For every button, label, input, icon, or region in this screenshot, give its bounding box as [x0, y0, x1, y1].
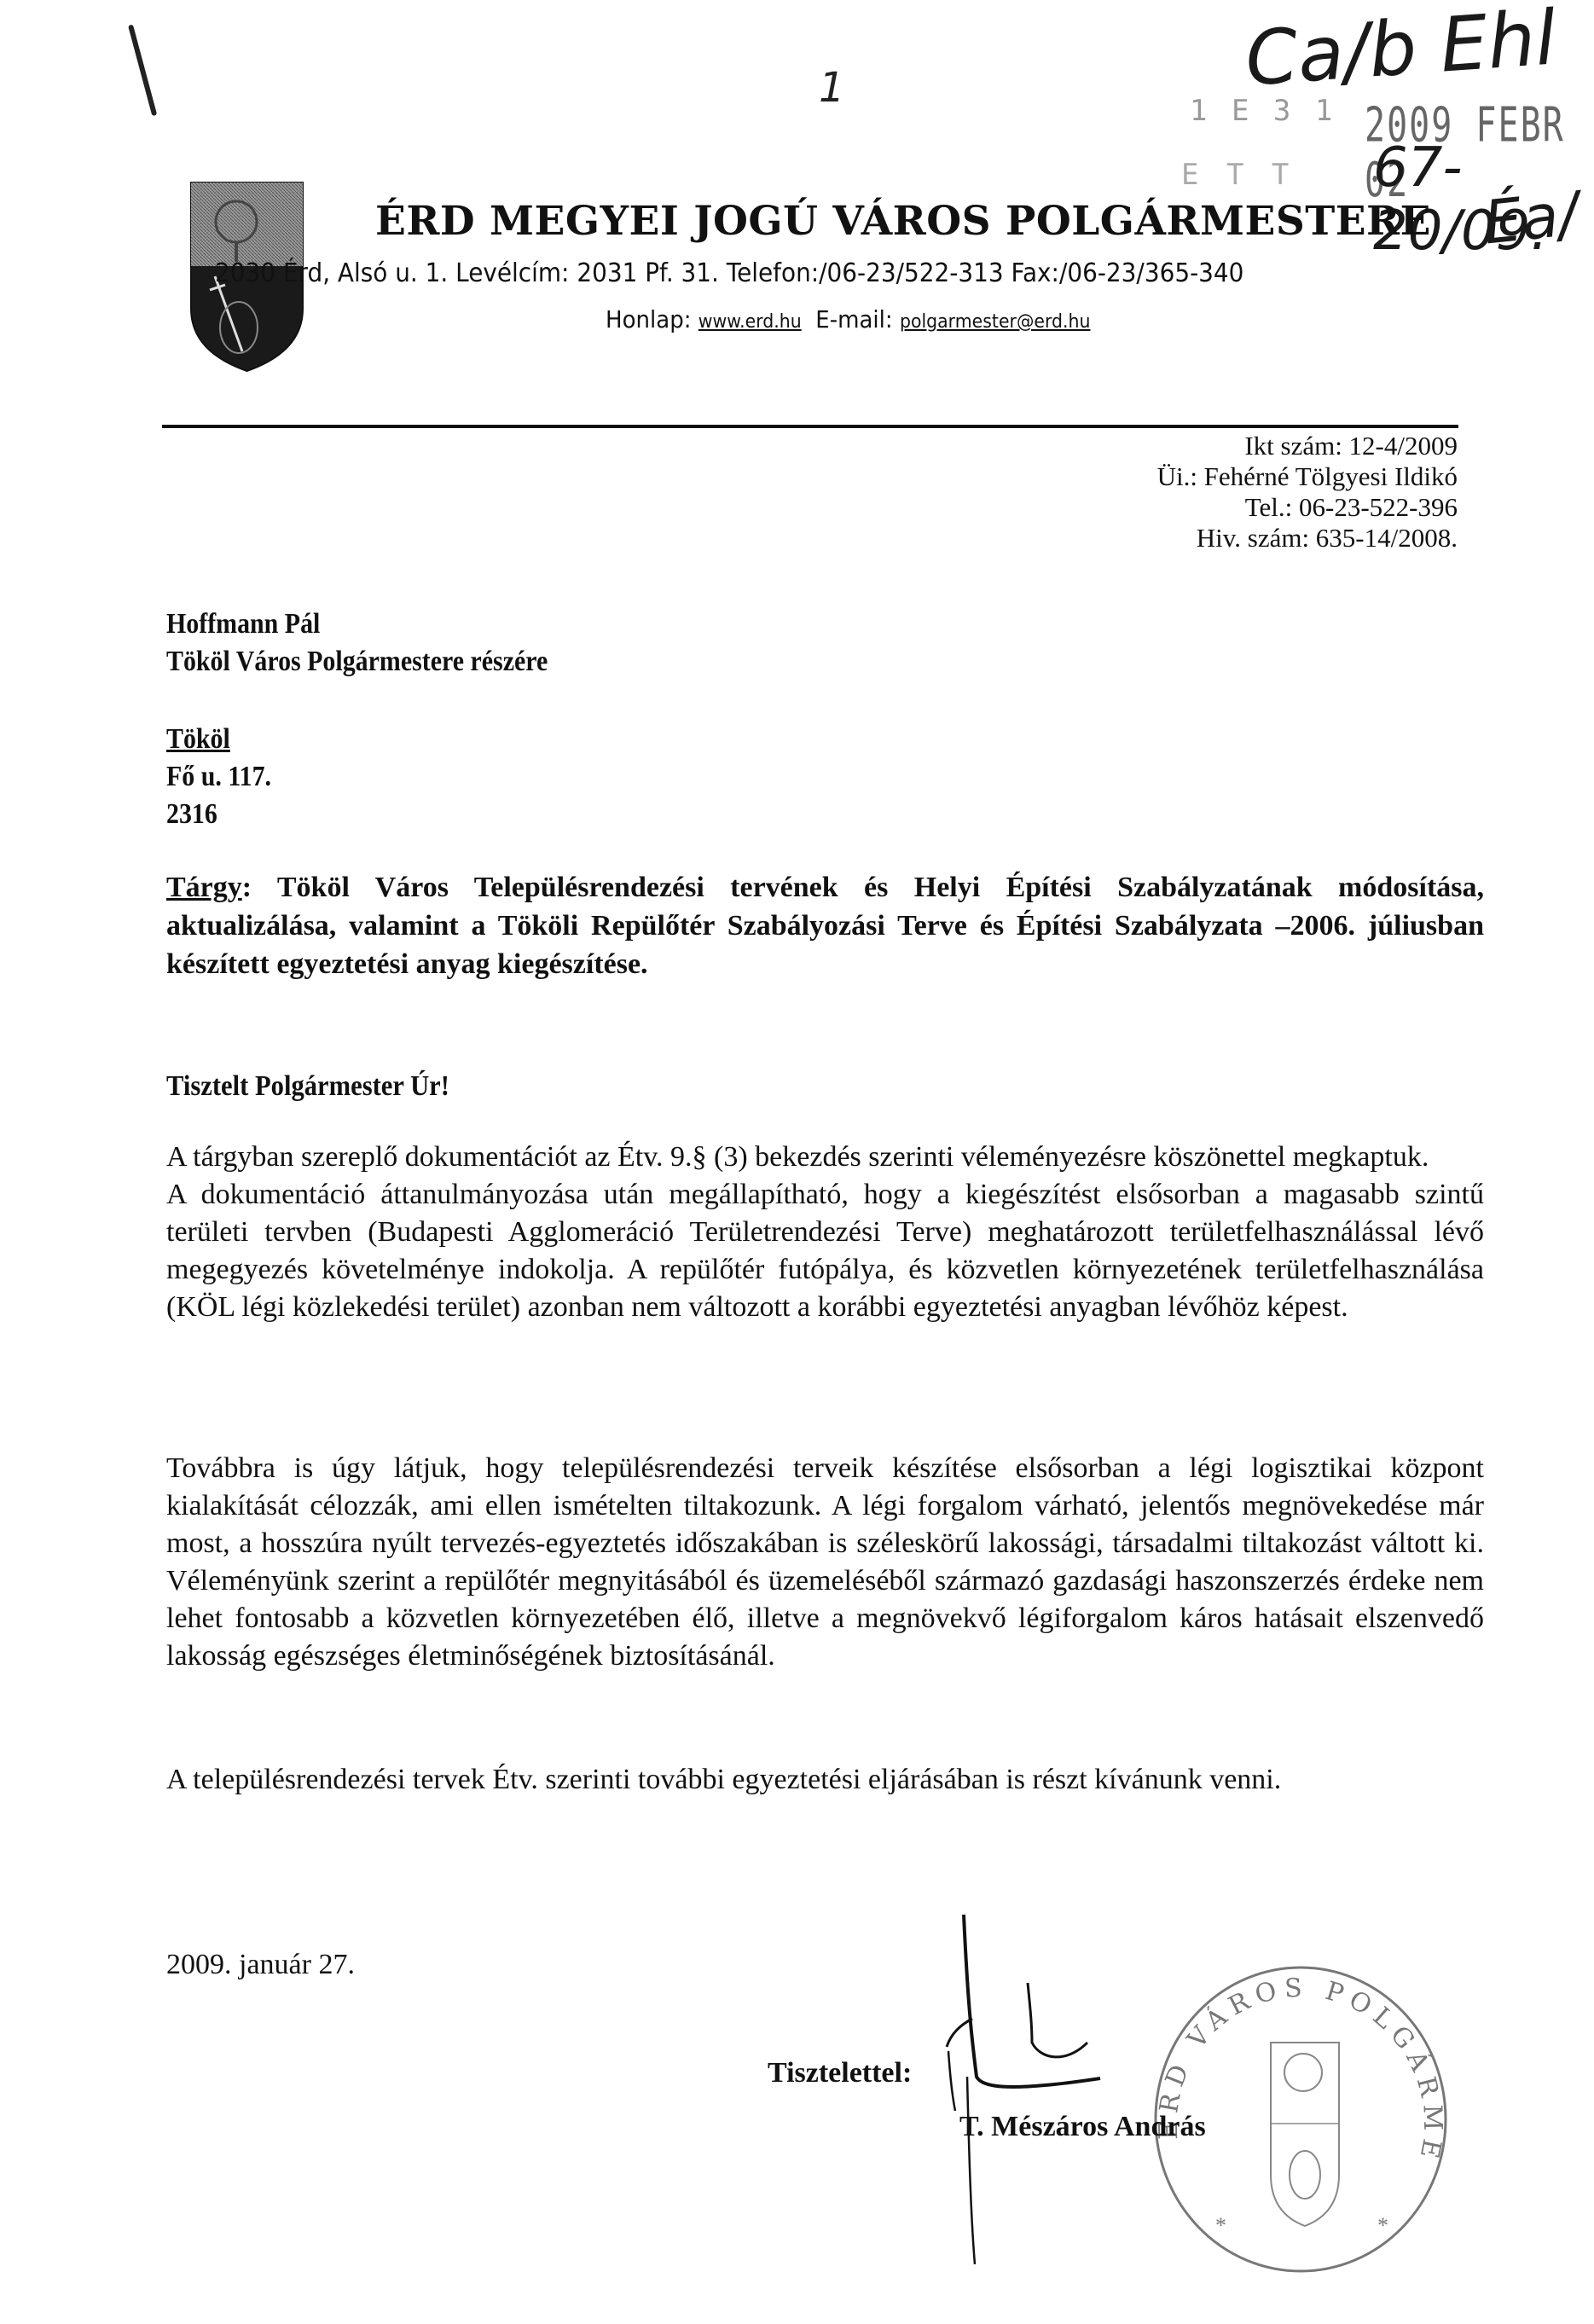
corner-pen-mark — [128, 24, 157, 116]
letterhead-address: 2030 Érd, Alsó u. 1. Levélcím: 2031 Pf. … — [215, 258, 1243, 288]
subject-label: Tárgy — [166, 872, 242, 903]
letter-date: 2009. január 27. — [166, 1949, 355, 1981]
recipient-street: Fő u. 117. — [166, 758, 271, 796]
body-paragraph-1b: A dokumentáció áttanulmányozása után meg… — [166, 1176, 1484, 1326]
letterhead-contact: Honlap: www.erd.hu E-mail: polgarmester@… — [606, 305, 1090, 333]
case-handler: Üi.: Fehérné Tölgyesi Ildikó — [1157, 461, 1458, 492]
letterhead-title: ÉRD MEGYEI JOGÚ VÁROS POLGÁRMESTERE — [375, 198, 1431, 245]
recipient-title: Tököl Város Polgármestere részére — [166, 643, 548, 681]
letterhead-divider — [162, 425, 1458, 428]
reference-number: Hiv. szám: 635-14/2008. — [1157, 523, 1458, 553]
body-paragraph-2: Továbbra is úgy látjuk, hogy településre… — [166, 1450, 1484, 1675]
recipient-name: Hoffmann Pál — [166, 606, 548, 643]
handwritten-note: Ca/b Ehl — [1243, 0, 1559, 103]
homepage-link[interactable]: www.erd.hu — [698, 311, 802, 333]
recipient-block: Hoffmann Pál Tököl Város Polgármestere r… — [166, 606, 548, 681]
body-paragraph-1: A tárgyban szereplő dokumentációt az Étv… — [166, 1139, 1484, 1326]
body-paragraph-3: A településrendezési tervek Étv. szerint… — [166, 1761, 1484, 1799]
homepage-label: Honlap: — [606, 305, 692, 333]
svg-text:*: * — [1377, 2213, 1388, 2238]
body-paragraph-1a: A tárgyban szereplő dokumentációt az Étv… — [166, 1139, 1484, 1176]
recipient-postcode: 2316 — [166, 796, 271, 833]
filing-number: Ikt szám: 12-4/2009 — [1157, 431, 1458, 461]
received-stamp-ghost-line2: E T T — [1181, 158, 1294, 192]
email-link[interactable]: polgarmester@erd.hu — [900, 311, 1091, 333]
handwritten-initials: Éa/ — [1481, 178, 1582, 258]
handwritten-signature-icon — [896, 1906, 1254, 2273]
reference-block: Ikt szám: 12-4/2009 Üi.: Fehérné Tölgyes… — [1157, 431, 1458, 553]
recipient-city: Tököl — [166, 721, 271, 758]
closing-regards: Tisztelettel: — [768, 2057, 912, 2089]
email-label: E-mail: — [815, 305, 892, 333]
recipient-address: Tököl Fő u. 117. 2316 — [166, 721, 271, 833]
subject-text: : Tököl Város Településrendezési tervéne… — [166, 872, 1484, 980]
salutation: Tisztelt Polgármester Úr! — [166, 1070, 449, 1103]
handwritten-page-mark: 1 — [819, 64, 845, 112]
subject-line: Tárgy: Tököl Város Településrendezési te… — [166, 868, 1484, 983]
handler-phone: Tel.: 06-23-522-396 — [1157, 492, 1458, 523]
